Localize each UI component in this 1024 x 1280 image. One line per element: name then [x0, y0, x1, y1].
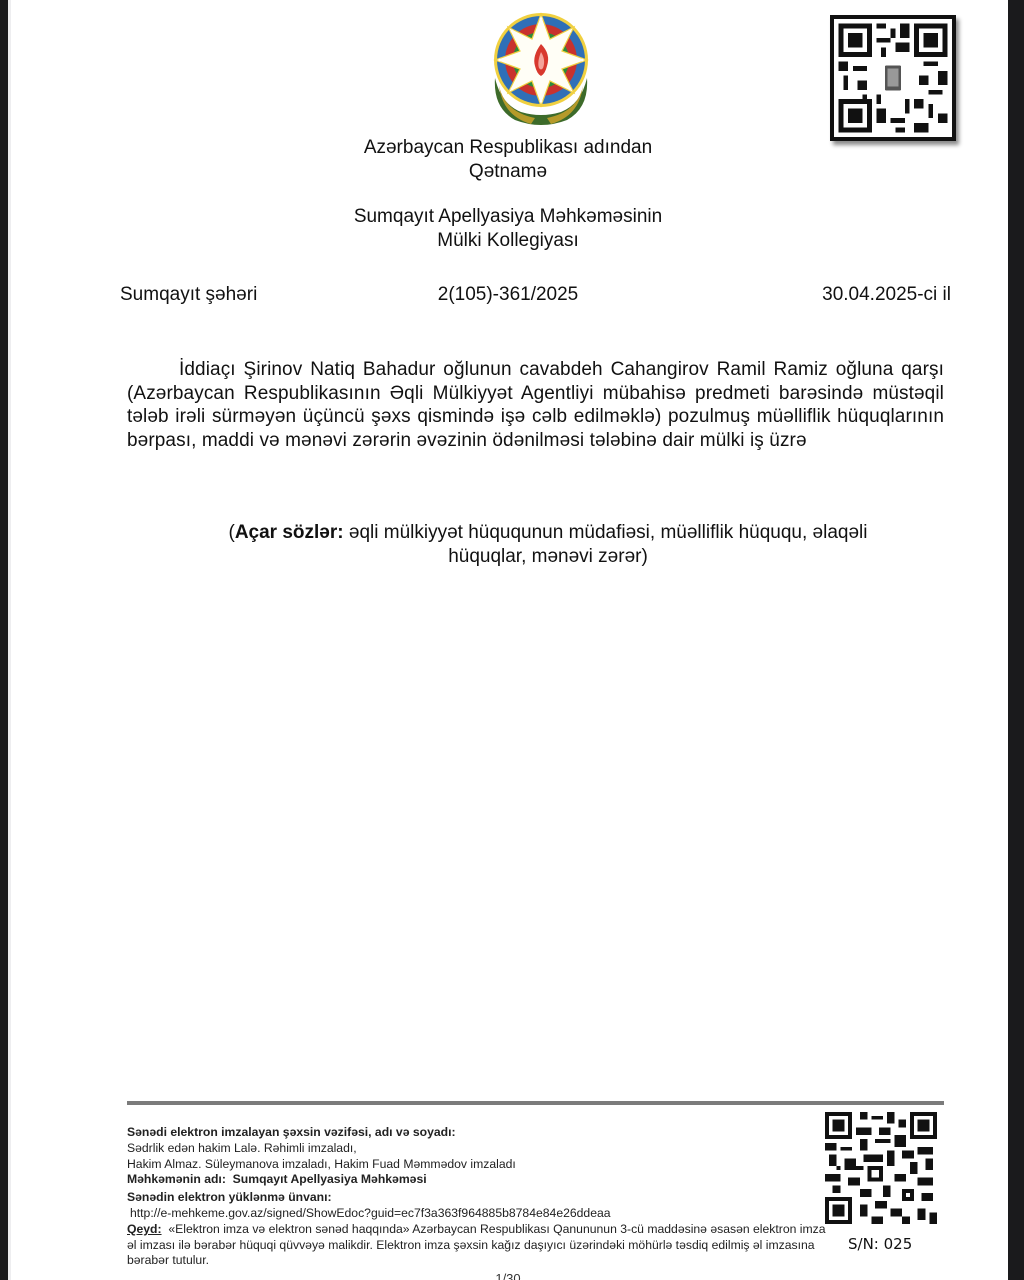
- court-line-2: Mülki Kollegiyası: [8, 229, 1008, 253]
- bottom-qr-code-icon: [825, 1112, 937, 1224]
- court-name: Sumqayıt Apellyasiya Məhkəməsi: [233, 1172, 427, 1186]
- url-label: Sənədin elektron yüklənmə ünvanı:: [127, 1190, 827, 1206]
- document-url-link[interactable]: http://e-mehkeme.gov.az/signed/ShowEdoc?…: [127, 1206, 827, 1222]
- court-heading: Sumqayıt Apellyasiya Məhkəməsinin Mülki …: [8, 205, 1008, 253]
- keywords: (Açar sözlər: əqli mülkiyyət hüququnun m…: [198, 521, 898, 569]
- court-name-row: Məhkəmənin adı: Sumqayıt Apellyasiya Məh…: [127, 1172, 827, 1188]
- signature-footer: Sənədi elektron imzalayan şəxsin vəzifəs…: [127, 1125, 827, 1269]
- serial-number: S/N: 025: [848, 1235, 912, 1253]
- keywords-label: Açar sözlər:: [235, 522, 344, 543]
- city: Sumqayıt şəhəri: [120, 283, 257, 307]
- legal-note: Qeyd: «Elektron imza və elektron sənəd h…: [127, 1222, 827, 1269]
- top-qr-code-icon: [830, 15, 956, 141]
- title-line-2: Qətnamə: [8, 160, 1008, 184]
- page-number: 1/30: [8, 1271, 1008, 1280]
- decision-date: 30.04.2025-ci il: [822, 283, 951, 307]
- title-line-1: Azərbaycan Respublikası adından: [8, 136, 1008, 160]
- case-description-paragraph: İddiaçı Şirinov Natiq Bahadur oğlunun ca…: [127, 358, 944, 452]
- state-emblem-icon: [485, 8, 597, 128]
- court-name-label: Məhkəmənin adı:: [127, 1172, 226, 1186]
- note-label: Qeyd:: [127, 1222, 162, 1236]
- document-title: Azərbaycan Respublikası adından Qətnamə: [8, 136, 1008, 184]
- note-text: «Elektron imza və elektron sənəd haqqınd…: [127, 1222, 826, 1268]
- footer-divider: [127, 1101, 944, 1105]
- signer-line-1: Sədrlik edən hakim Lalə. Rəhimli imzalad…: [127, 1141, 827, 1157]
- signer-label: Sənədi elektron imzalayan şəxsin vəzifəs…: [127, 1125, 827, 1141]
- keywords-text: əqli mülkiyyət hüququnun müdafiəsi, müəl…: [349, 522, 868, 567]
- signer-line-2: Hakim Almaz. Süleymanova imzaladı, Hakim…: [127, 1157, 827, 1173]
- court-line-1: Sumqayıt Apellyasiya Məhkəməsinin: [8, 205, 1008, 229]
- document-page: Azərbaycan Respublikası adından Qətnamə …: [8, 0, 1008, 1280]
